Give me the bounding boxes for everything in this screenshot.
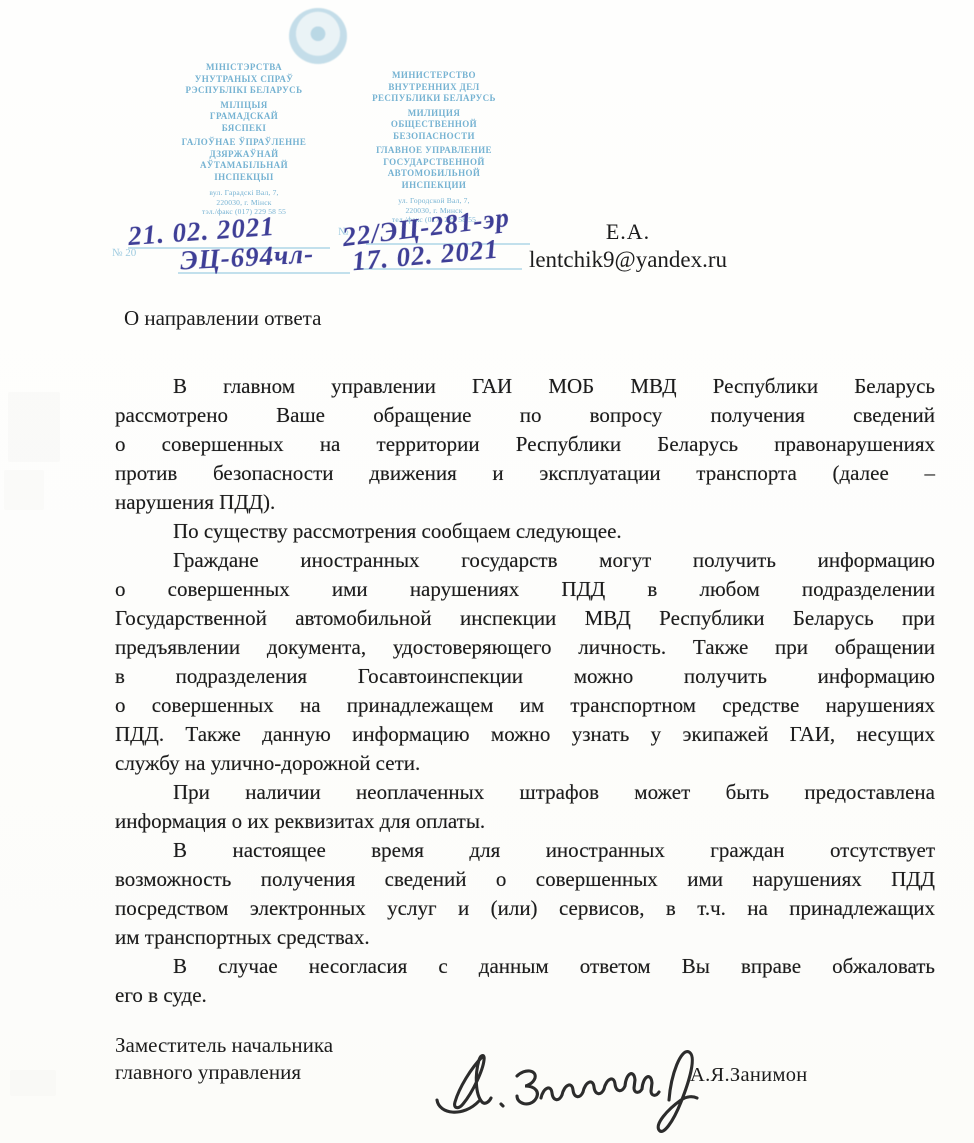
letterhead-line: БЯСПЕКІ [148,123,340,135]
body-line: В случае несогласия с данным ответом Вы … [115,952,935,981]
body-line: рассмотрено Ваше обращение по вопросу по… [115,401,935,430]
letterhead-line: МИЛИЦИЯ [338,108,530,120]
body-line: Государственной автомобильной инспекции … [115,604,935,633]
body-line: предъявлении документа, удостоверяющего … [115,633,935,662]
body-line: в подразделения Госавтоинспекции можно п… [115,662,935,691]
scan-smudge [10,1070,56,1096]
scan-smudge [8,392,60,462]
letterhead-line: ОБЩЕСТВЕННОЙ [338,119,530,131]
body-line: По существу рассмотрения сообщаем следую… [115,517,935,546]
subject-line: О направлении ответа [124,306,321,331]
scanned-letter-page: МІНІСТЭРСТВА УНУТРАНЫХ СПРАЎ РЭСПУБЛІКІ … [0,0,974,1143]
letterhead-line: РЕСПУБЛИКИ БЕЛАРУСЬ [338,93,530,105]
body-line: о совершенных на территории Республики Б… [115,430,935,459]
letter-body: В главном управлении ГАИ МОБ МВД Республ… [115,372,935,1010]
letterhead-address-line: 220030, г. Мінск [148,198,340,208]
letterhead-line: АВТОМОБИЛЬНОЙ [338,168,530,180]
handwritten-signature [425,1038,725,1138]
letterhead-line: УНУТРАНЫХ СПРАЎ [148,74,340,86]
recipient-email: lentchik9@yandex.ru [492,247,764,273]
letterhead-line: ВНУТРЕННИХ ДЕЛ [338,82,530,94]
signer-position-line: главного управления [115,1059,333,1086]
body-line: против безопасности движения и эксплуата… [115,459,935,488]
letterhead-line: ІНСПЕКЦЫІ [148,172,340,184]
coat-of-arms-stamp [289,8,347,64]
letterhead-line: БЕЗОПАСНОСТИ [338,131,530,143]
letterhead-left-column: МІНІСТЭРСТВА УНУТРАНЫХ СПРАЎ РЭСПУБЛІКІ … [148,62,340,217]
letterhead-line: ГОСУДАРСТВЕННОЙ [338,157,530,169]
letterhead-line: АЎТАМАБІЛЬНАЙ [148,160,340,172]
signer-position-line: Заместитель начальника [115,1032,333,1059]
letterhead-line: ГЛАВНОЕ УПРАВЛЕНИЕ [338,145,530,157]
body-line: его в суде. [115,981,935,1010]
signer-name: А.Я.Занимон [690,1064,808,1087]
recipient-block: Е.А. lentchik9@yandex.ru [492,219,764,273]
body-line: службу на улично-дорожной сети. [115,749,935,778]
body-line: о совершенных на принадлежащем им трансп… [115,691,935,720]
letterhead-line: РЭСПУБЛІКІ БЕЛАРУСЬ [148,85,340,97]
letterhead-line: МІЛІЦЫЯ [148,100,340,112]
letterhead-right-column: МИНИСТЕРСТВО ВНУТРЕННИХ ДЕЛ РЕСПУБЛИКИ Б… [338,70,530,225]
letterhead-line: ИНСПЕКЦИИ [338,180,530,192]
signer-position: Заместитель начальника главного управлен… [115,1032,333,1086]
body-line: информация о их реквизитах для оплаты. [115,807,935,836]
body-line: ПДД. Также данную информацию можно узнат… [115,720,935,749]
letterhead-address-line: вул. Гарадскі Вал, 7, [148,188,340,198]
body-line: В настоящее время для иностранных гражда… [115,836,935,865]
body-line: Граждане иностранных государств могут по… [115,546,935,575]
body-line: им транспортных средствах. [115,923,935,952]
letterhead-line: ДЗЯРЖАЎНАЙ [148,149,340,161]
handwritten-incoming-number: ЭЦ-694чл- [179,239,315,277]
letterhead-line: ГАЛОЎНАЕ ЎПРАЎЛЕННЕ [148,137,340,149]
letterhead-line: МІНІСТЭРСТВА [148,62,340,74]
body-line: нарушения ПДД). [115,488,935,517]
recipient-initials: Е.А. [492,219,764,245]
body-line: посредством электронных услуг и (или) се… [115,894,935,923]
body-line: возможность получения сведений о соверше… [115,865,935,894]
letterhead-line: ГРАМАДСКАЙ [148,111,340,123]
letterhead-line: МИНИСТЕРСТВО [338,70,530,82]
scan-smudge [4,470,44,510]
body-line: о совершенных ими нарушениях ПДД в любом… [115,575,935,604]
body-line: При наличии неоплаченных штрафов может б… [115,778,935,807]
body-line: В главном управлении ГАИ МОБ МВД Республ… [115,372,935,401]
